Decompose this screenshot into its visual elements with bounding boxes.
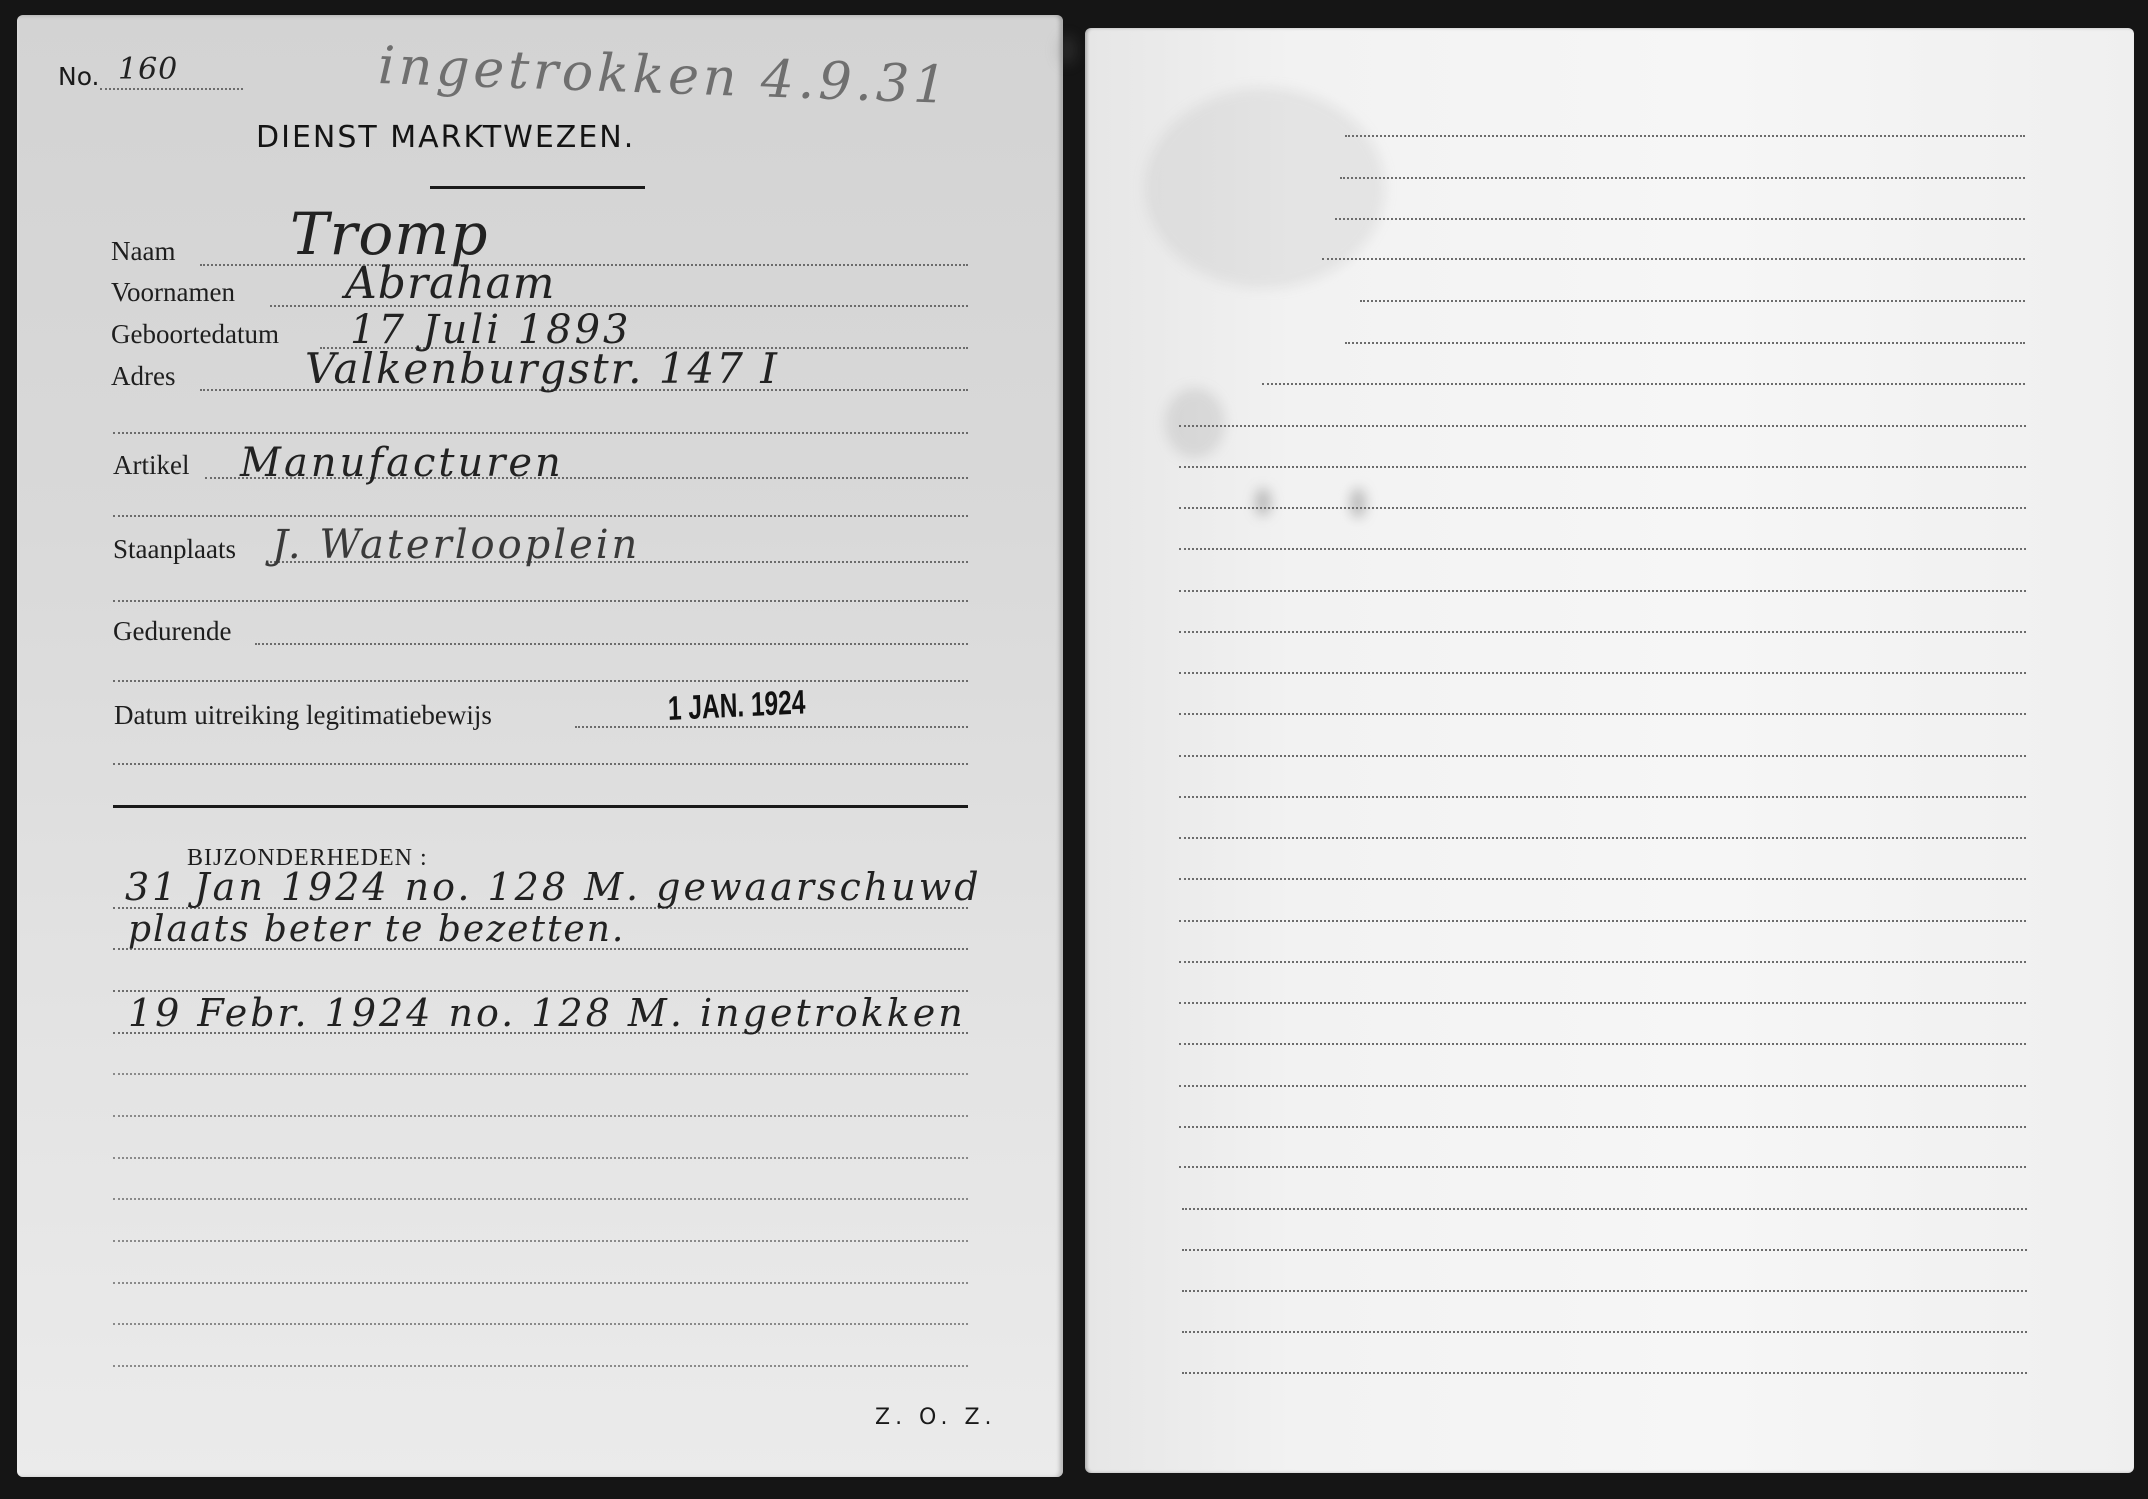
stain	[1255, 488, 1271, 516]
remarks-line	[113, 1323, 968, 1325]
ruled-line	[1182, 1290, 2027, 1292]
stain	[1165, 388, 1225, 458]
blank-line	[113, 515, 968, 517]
remarks-line	[113, 1240, 968, 1242]
stain	[1350, 488, 1366, 518]
ruled-line	[1262, 383, 2025, 385]
ruled-line	[1182, 1208, 2027, 1210]
remark-entry: plaats beter te bezetten.	[128, 912, 625, 948]
field-value-staanplaats: J. Waterlooplein	[272, 525, 640, 565]
field-label-artikel: Artikel	[113, 452, 189, 479]
field-label-gedurende: Gedurende	[113, 618, 231, 645]
field-value-naam: Tromp	[290, 205, 488, 263]
field-value-adres: Valkenburgstr. 147 I	[305, 348, 779, 390]
ruled-line	[1340, 177, 2025, 179]
ruled-line	[1360, 300, 2025, 302]
ruled-line	[1179, 1043, 2026, 1045]
remarks-line	[113, 1073, 968, 1075]
registration-card-front	[17, 15, 1063, 1477]
field-label-naam: Naam	[111, 238, 175, 265]
ruled-line	[1335, 218, 2025, 220]
field-label-adres: Adres	[111, 363, 175, 390]
field-line-datum-uitreiking	[575, 726, 968, 728]
ruled-line	[1179, 425, 2026, 427]
ruled-line	[1179, 837, 2026, 839]
ruled-line	[1179, 548, 2026, 550]
ruled-line	[1179, 590, 2026, 592]
remarks-line	[113, 1282, 968, 1284]
field-value-voornamen: Abraham	[345, 262, 556, 306]
ruled-line	[1179, 961, 2026, 963]
ruled-line	[1179, 713, 2026, 715]
field-label-datum-uitreiking: Datum uitreiking legitimatiebewijs	[114, 702, 492, 729]
title-rule	[430, 186, 645, 189]
card-number-value: 160	[118, 55, 178, 85]
field-line-gedurende	[255, 643, 968, 645]
ruled-line	[1182, 1249, 2027, 1251]
remarks-line	[113, 1157, 968, 1159]
ruled-line	[1179, 631, 2026, 633]
ruled-line	[1179, 755, 2026, 757]
page-title: DIENST MARKTWEZEN.	[256, 120, 635, 155]
ruled-line	[1179, 1002, 2026, 1004]
ruled-line	[1179, 466, 2026, 468]
registration-card-back	[1085, 28, 2134, 1473]
stain	[1057, 35, 1077, 65]
ruled-line	[1179, 1166, 2026, 1168]
remarks-line	[113, 1198, 968, 1200]
field-label-voornamen: Voornamen	[111, 279, 235, 306]
field-label-geboortedatum: Geboortedatum	[111, 321, 279, 348]
field-value-artikel: Manufacturen	[240, 443, 564, 483]
ruled-line	[1179, 796, 2026, 798]
issue-date-stamp: 1 JAN. 1924	[668, 683, 806, 729]
blank-line	[113, 763, 968, 765]
section-divider	[113, 805, 968, 808]
remarks-line	[113, 1115, 968, 1117]
ruled-line	[1179, 507, 2026, 509]
field-label-staanplaats: Staanplaats	[113, 536, 236, 563]
blank-line	[113, 600, 968, 602]
ruled-line	[1179, 878, 2026, 880]
ruled-line	[1345, 342, 2025, 344]
ruled-line	[1179, 672, 2026, 674]
blank-line	[113, 432, 968, 434]
remark-entry: 31 Jan 1924 no. 128 M. gewaarschuwd	[125, 868, 982, 906]
remark-entry: 19 Febr. 1924 no. 128 M. ingetrokken	[128, 994, 966, 1032]
card-number-underline	[100, 88, 243, 90]
ruled-line	[1179, 1085, 2026, 1087]
ruled-line	[1179, 1126, 2026, 1128]
ruled-line	[1182, 1331, 2027, 1333]
card-number-label: No.	[58, 62, 100, 91]
ruled-line	[1345, 135, 2025, 137]
blank-line	[113, 680, 968, 682]
remarks-line	[113, 1365, 968, 1367]
ruled-line	[1322, 258, 2025, 260]
turn-over-note: Z. O. Z.	[875, 1405, 997, 1430]
ruled-line	[1182, 1372, 2027, 1374]
ruled-line	[1179, 920, 2026, 922]
